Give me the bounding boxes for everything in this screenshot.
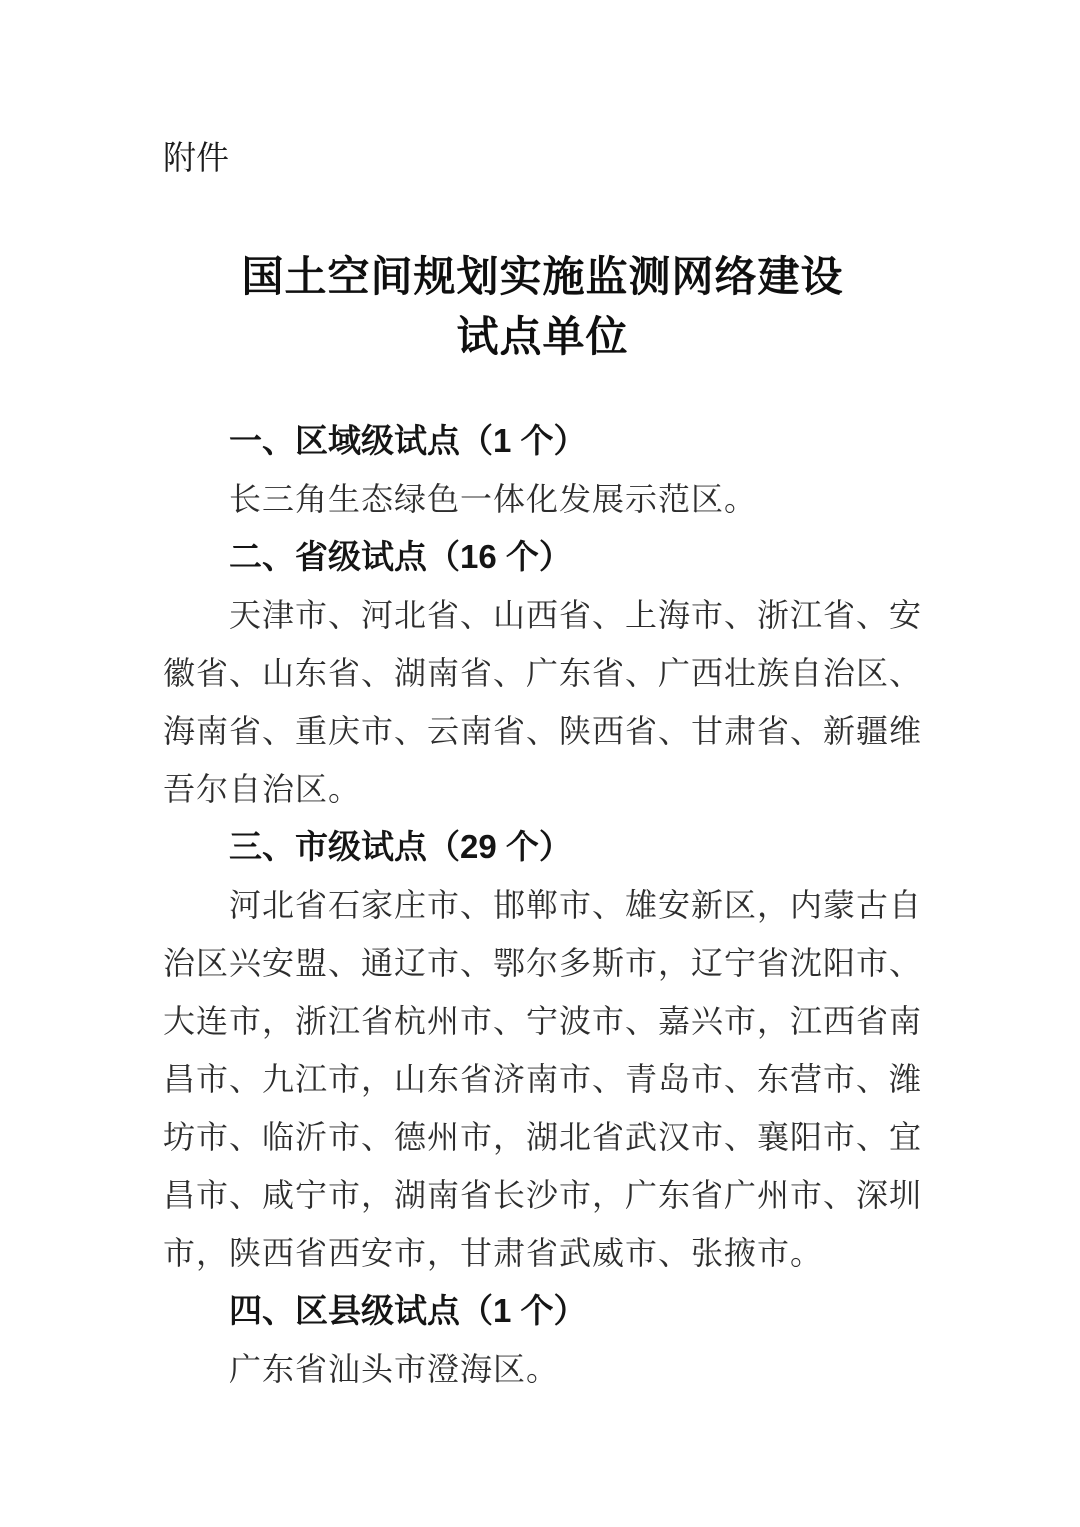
section-county-pilot: 四、区县级试点（1 个） 广东省汕头市澄海区。 <box>163 1282 922 1398</box>
section-regional-pilot: 一、区域级试点（1 个） 长三角生态绿色一体化发展示范区。 <box>163 412 922 528</box>
section-heading-municipal: 三、市级试点（29 个） <box>163 818 922 876</box>
document-title: 国土空间规划实施监测网络建设 试点单位 <box>163 248 922 368</box>
section-body-provincial: 天津市、河北省、山西省、上海市、浙江省、安徽省、山东省、湖南省、广东省、广西壮族… <box>163 586 922 818</box>
title-line-1: 国土空间规划实施监测网络建设 <box>163 248 922 308</box>
section-body-county: 广东省汕头市澄海区。 <box>163 1340 922 1398</box>
section-heading-provincial: 二、省级试点（16 个） <box>163 528 922 586</box>
section-heading-county: 四、区县级试点（1 个） <box>163 1282 922 1340</box>
document-page: 附件 国土空间规划实施监测网络建设 试点单位 一、区域级试点（1 个） 长三角生… <box>0 0 1080 1527</box>
title-line-2: 试点单位 <box>163 308 922 368</box>
section-municipal-pilot: 三、市级试点（29 个） 河北省石家庄市、邯郸市、雄安新区，内蒙古自治区兴安盟、… <box>163 818 922 1282</box>
section-provincial-pilot: 二、省级试点（16 个） 天津市、河北省、山西省、上海市、浙江省、安徽省、山东省… <box>163 528 922 818</box>
attachment-label: 附件 <box>163 138 922 178</box>
section-body-regional: 长三角生态绿色一体化发展示范区。 <box>163 470 922 528</box>
section-heading-regional: 一、区域级试点（1 个） <box>163 412 922 470</box>
section-body-municipal: 河北省石家庄市、邯郸市、雄安新区，内蒙古自治区兴安盟、通辽市、鄂尔多斯市，辽宁省… <box>163 876 922 1282</box>
